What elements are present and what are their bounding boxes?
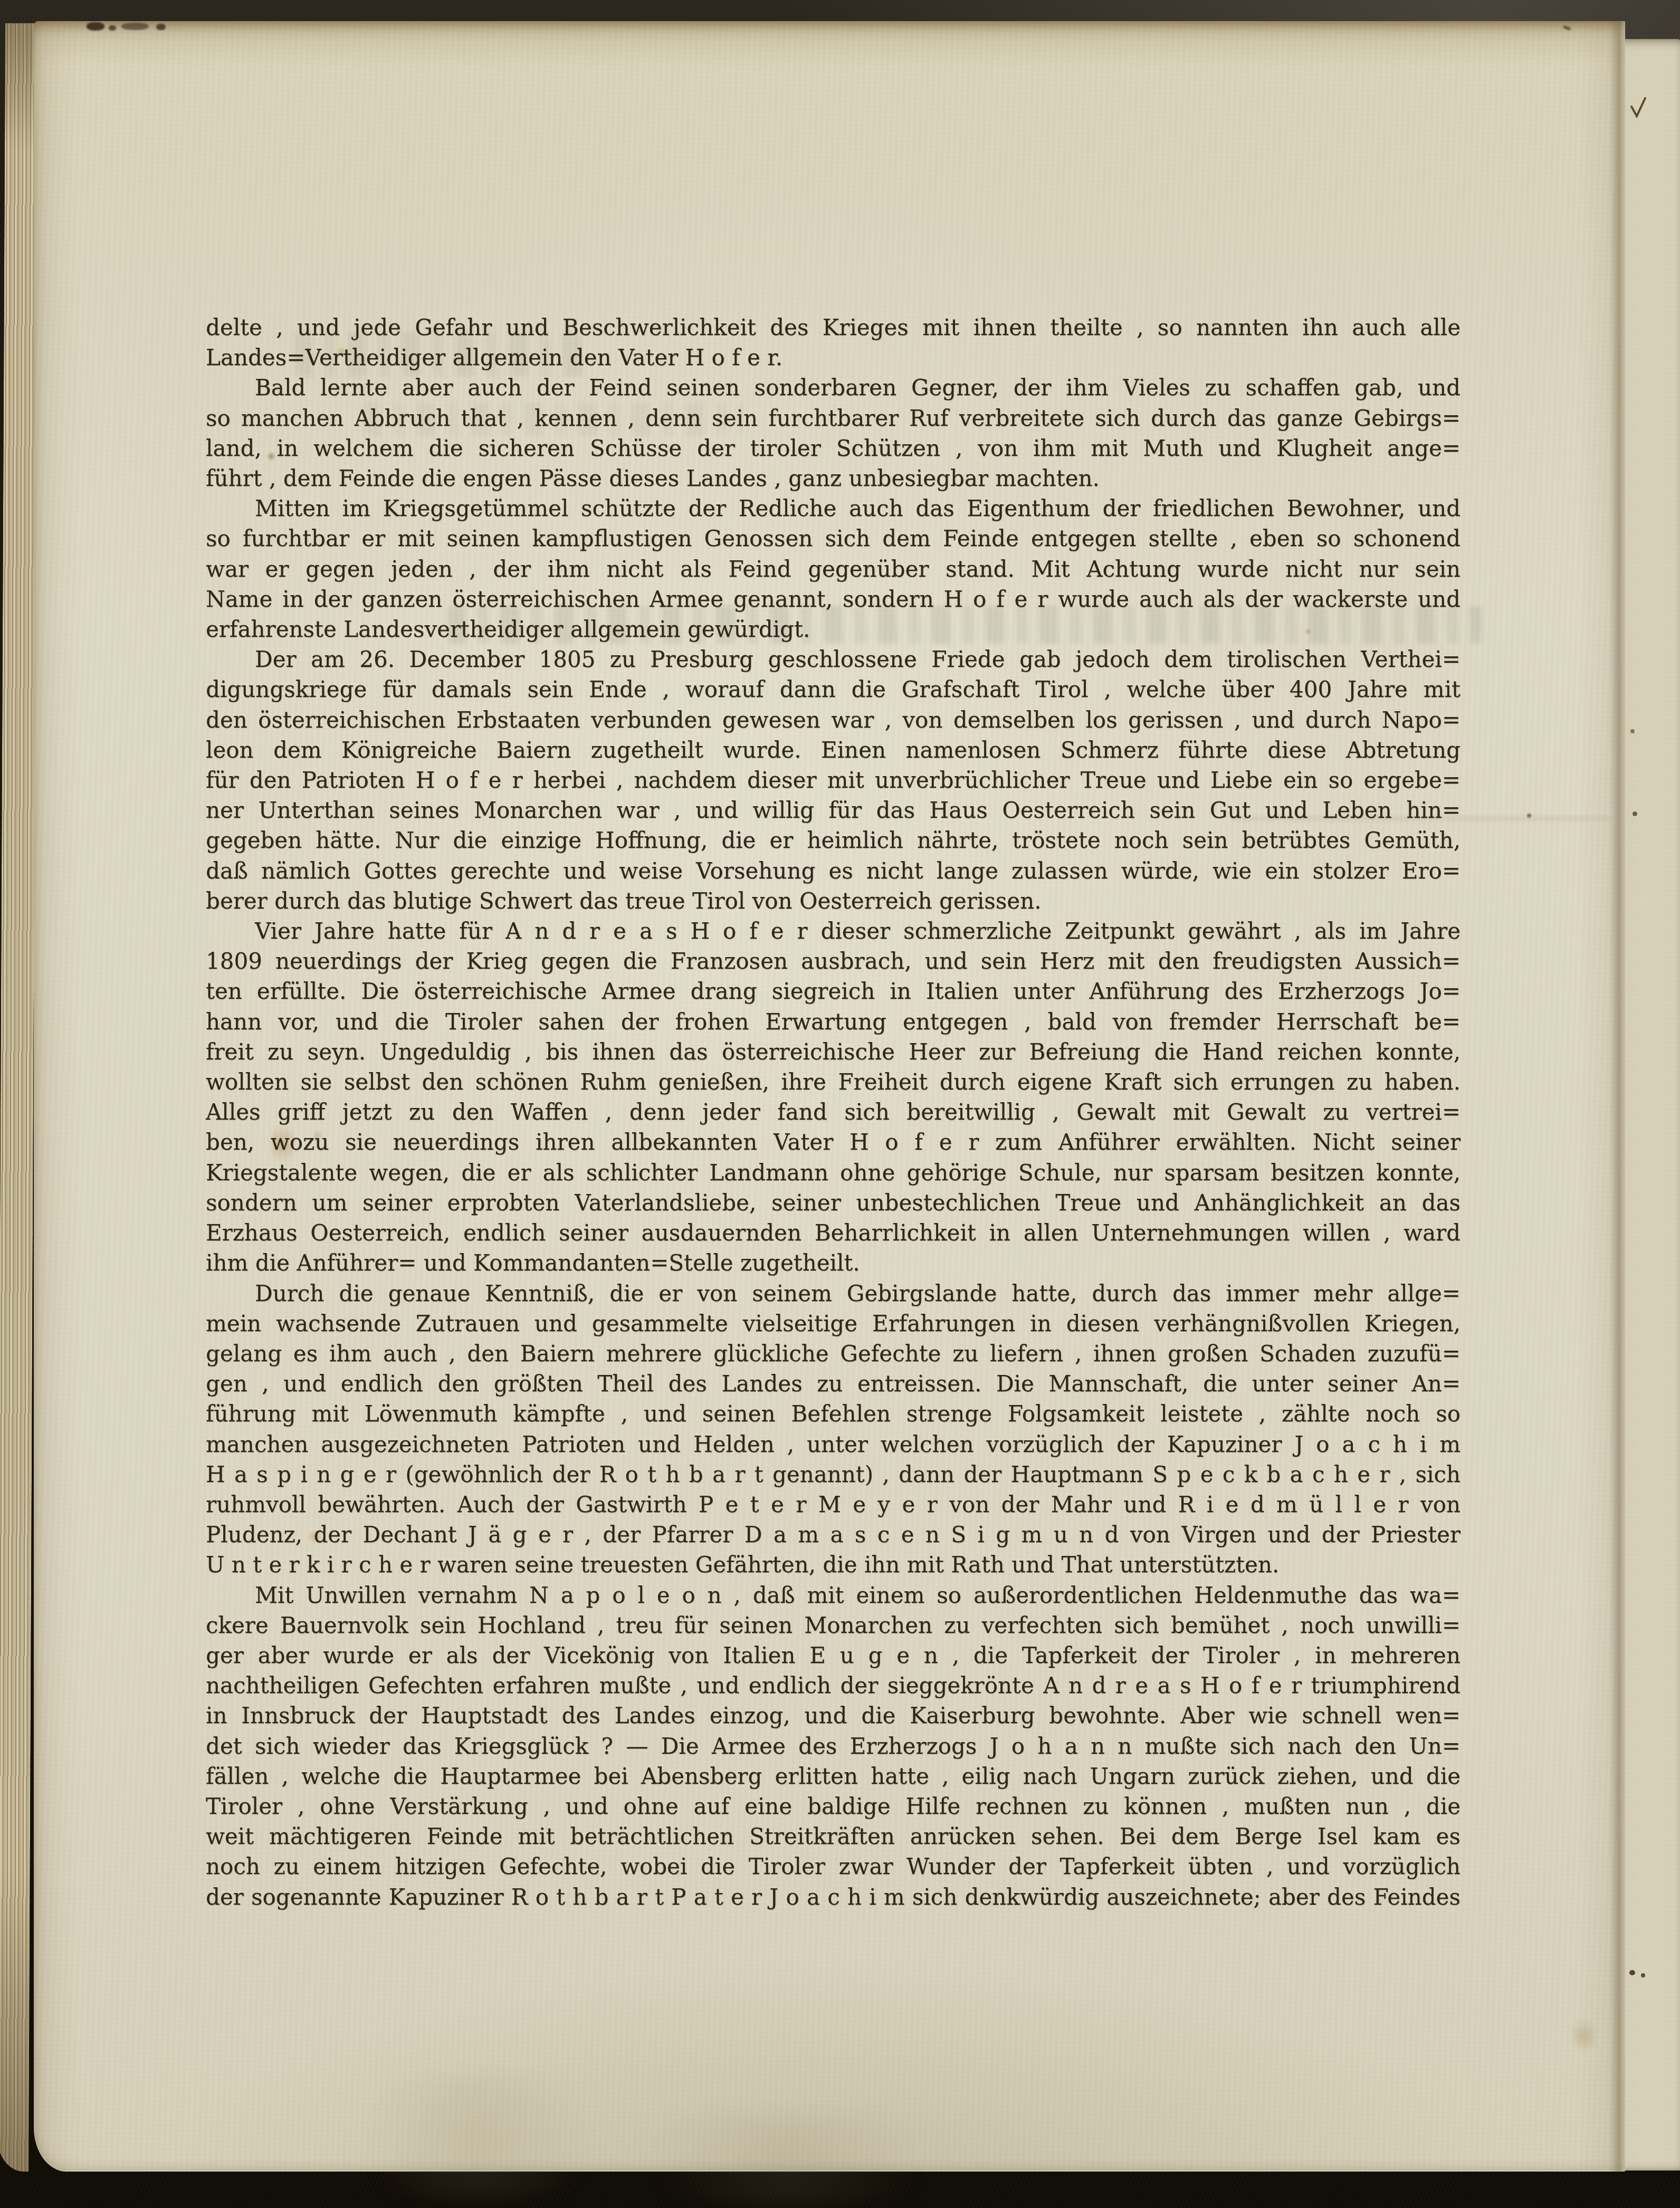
text-line: ner Unterthan seines Monarchen war , und… xyxy=(206,795,1461,825)
text-line: delte , und jede Gefahr und Beschwerlich… xyxy=(206,312,1461,342)
text-line: Pludenz, der Dechant J ä g e r , der Pfa… xyxy=(206,1519,1461,1550)
text-line: land, in welchem die sicheren Schüsse de… xyxy=(206,433,1461,463)
text-line: Kriegstalente wegen, die er als schlicht… xyxy=(206,1158,1461,1188)
text-line: führt , dem Feinde die engen Pässe diese… xyxy=(206,463,1461,493)
text-line: 1809 neuerdings der Krieg gegen die Fran… xyxy=(206,946,1461,976)
text-line: in Innsbruck der Hauptstadt des Landes e… xyxy=(206,1700,1461,1731)
ink-smudge xyxy=(121,23,149,30)
text-line: für den Patrioten H o f e r herbei , nac… xyxy=(206,765,1461,795)
text-line: daß nämlich Gottes gerechte und weise Vo… xyxy=(206,856,1461,886)
text-line: berer durch das blutige Schwert das treu… xyxy=(206,886,1461,916)
damp-stain xyxy=(329,2073,625,2200)
ink-smudge xyxy=(156,24,166,30)
text-line: Tiroler , ohne Verstärkung , und ohne au… xyxy=(206,1791,1461,1821)
text-line: weit mächtigeren Feinde mit beträchtlich… xyxy=(206,1821,1461,1851)
ink-smudge xyxy=(87,22,104,31)
text-line: mein wachsende Zutrauen und gesammelte v… xyxy=(206,1308,1461,1339)
text-line: so furchtbar er mit seinen kampflustigen… xyxy=(206,523,1461,553)
text-line: so manchen Abbruch that , kennen , denn … xyxy=(206,403,1461,433)
text-line: Landes=Vertheidiger allgemein den Vater … xyxy=(206,342,1461,372)
text-line: freit zu seyn. Ungeduldig , bis ihnen da… xyxy=(206,1037,1461,1067)
text-line: ben, wozu sie neuerdings ihren allbekann… xyxy=(206,1127,1461,1157)
pen-checkmark-icon xyxy=(1629,96,1648,119)
text-line: Mitten im Kriegsgetümmel schützte der Re… xyxy=(206,493,1461,523)
text-line: fällen , welche die Hauptarmee bei Abens… xyxy=(206,1761,1461,1791)
text-line: gelang es ihm auch , den Baiern mehrere … xyxy=(206,1339,1461,1369)
book-page: delte , und jede Gefahr und Beschwerlich… xyxy=(34,21,1625,2172)
text-line: ruhmvoll bewährten. Auch der Gastwirth P… xyxy=(206,1489,1461,1519)
foxing-speck xyxy=(1630,729,1635,733)
text-line: gegeben hätte. Nur die einzige Hoffnung,… xyxy=(206,825,1461,855)
text-line: ckere Bauernvolk sein Hochland , treu fü… xyxy=(206,1610,1461,1640)
text-line: ten erfüllte. Die österreichische Armee … xyxy=(206,976,1461,1006)
text-line: der sogenannte Kapuziner R o t h b a r t… xyxy=(206,1882,1461,1912)
text-line: war er gegen jeden , der ihm nicht als F… xyxy=(206,554,1461,584)
text-line: Der am 26. December 1805 zu Presburg ges… xyxy=(206,644,1461,674)
text-line: ihm die Anführer= und Kommandanten=Stell… xyxy=(206,1248,1461,1278)
text-line: leon dem Königreiche Baiern zugetheilt w… xyxy=(206,735,1461,765)
ink-speck xyxy=(1641,1973,1645,1977)
text-line: digungskriege für damals sein Ende , wor… xyxy=(206,674,1461,704)
foxing-stain xyxy=(1526,813,1532,819)
text-line: ger aber wurde er als der Vicekönig von … xyxy=(206,1640,1461,1670)
text-line: Erzhaus Oesterreich, endlich seiner ausd… xyxy=(206,1218,1461,1248)
text-line: erfahrenste Landesvertheidiger allgemein… xyxy=(206,614,1461,644)
text-line: sondern um seiner erprobten Vaterlandsli… xyxy=(206,1188,1461,1218)
text-line: den österreichischen Erbstaaten verbunde… xyxy=(206,705,1461,735)
text-line: gen , und endlich den größten Theil des … xyxy=(206,1369,1461,1399)
page-crease xyxy=(1609,21,1625,2172)
text-line: det sich wieder das Kriegsglück ? — Die … xyxy=(206,1731,1461,1761)
foxing-speck xyxy=(1633,811,1637,816)
text-line: H a s p i n g e r (gewöhnlich der R o t … xyxy=(206,1459,1461,1489)
damp-stain xyxy=(604,2116,973,2205)
text-line: noch zu einem hitzigen Gefechte, wobei d… xyxy=(206,1851,1461,1881)
text-line: Vier Jahre hatte für A n d r e a s H o f… xyxy=(206,916,1461,946)
text-line: Alles griff jetzt zu den Waffen , denn j… xyxy=(206,1097,1461,1127)
text-line: nachtheiligen Gefechten erfahren mußte ,… xyxy=(206,1670,1461,1700)
text-line: wollten sie selbst den schönen Ruhm geni… xyxy=(206,1067,1461,1097)
ink-smudge xyxy=(109,25,116,31)
text-line: Mit Unwillen vernahm N a p o l e o n , d… xyxy=(206,1580,1461,1610)
text-line: hann vor, und die Tiroler sahen der froh… xyxy=(206,1007,1461,1037)
text-column: delte , und jede Gefahr und Beschwerlich… xyxy=(206,312,1461,1912)
text-line: Name in der ganzen österreichischen Arme… xyxy=(206,584,1461,614)
ink-smudge xyxy=(1562,25,1571,31)
text-line: Bald lernte aber auch der Feind seinen s… xyxy=(206,372,1461,403)
text-line: U n t e r k i r c h e r waren seine treu… xyxy=(206,1550,1461,1580)
text-line: manchen ausgezeichneten Patrioten und He… xyxy=(206,1429,1461,1459)
foxing-stain xyxy=(1573,2015,1595,2056)
text-line: Durch die genaue Kenntniß, die er von se… xyxy=(206,1278,1461,1308)
ink-speck xyxy=(1629,1970,1635,1975)
text-line: führung mit Löwenmuth kämpfte , und sein… xyxy=(206,1399,1461,1429)
